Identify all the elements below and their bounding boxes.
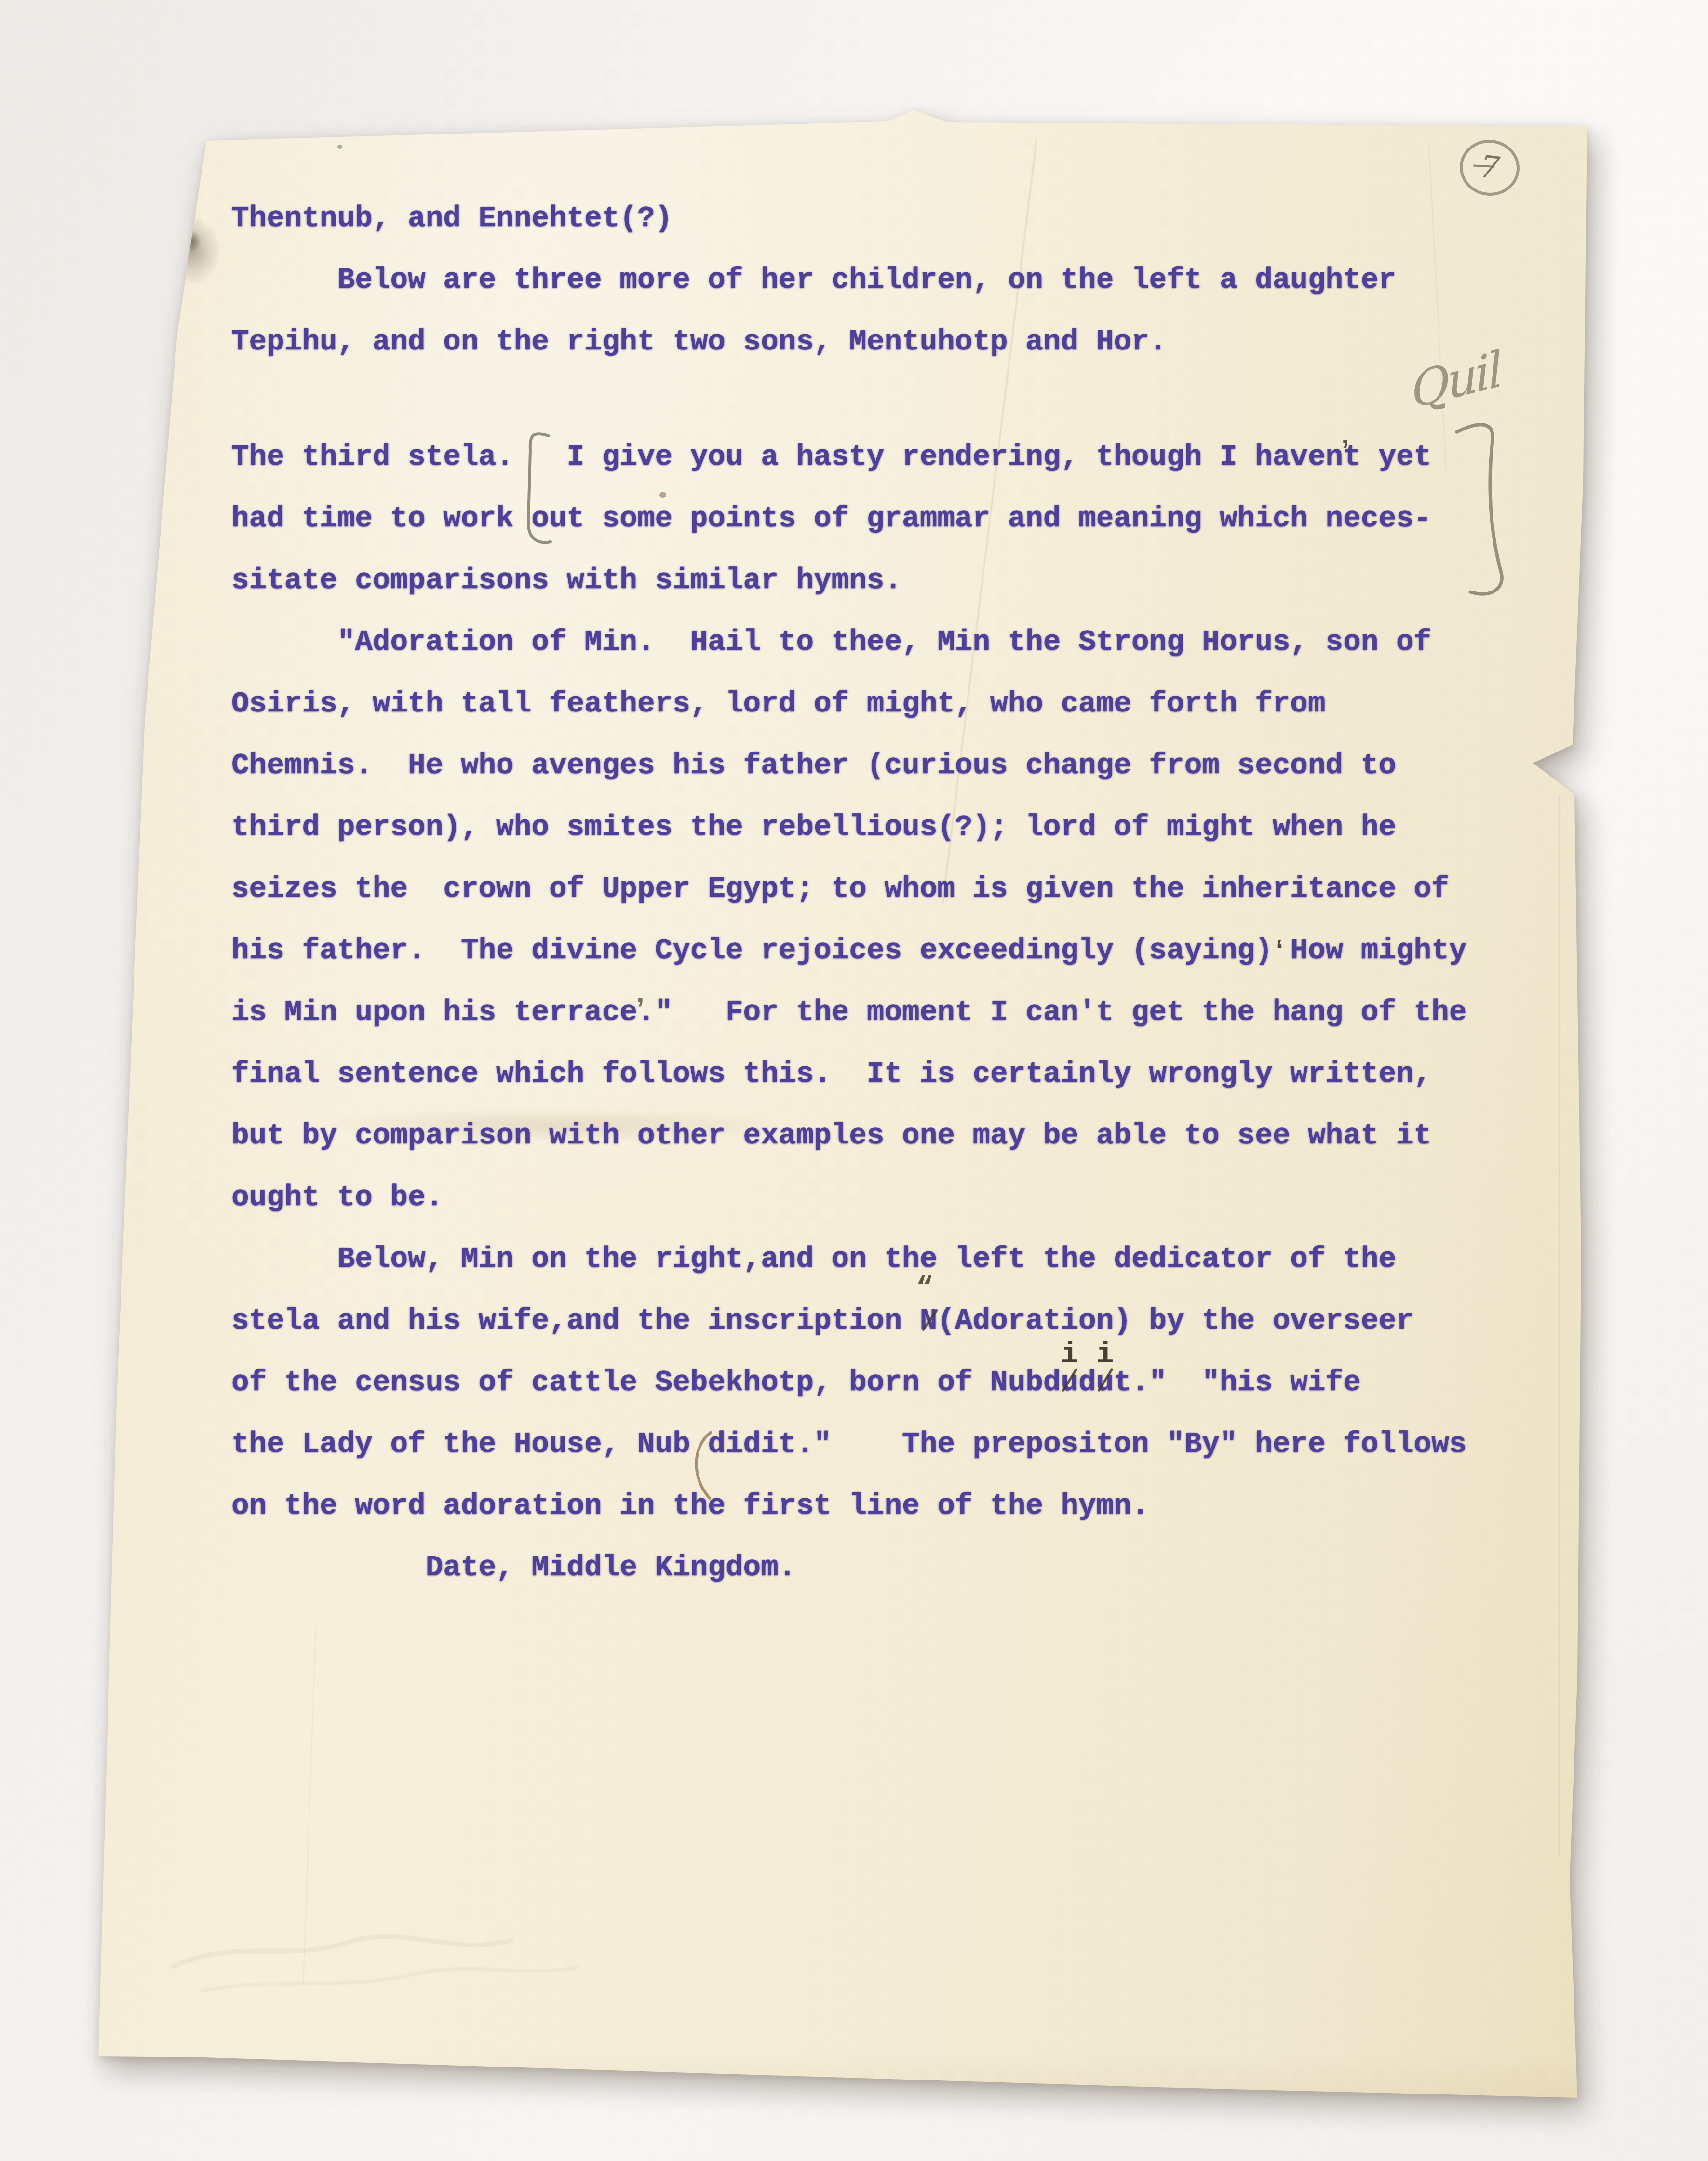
pencil-close-bracket: [1450, 416, 1561, 608]
paper-speck: [337, 145, 342, 149]
corrected-letter: ui: [1061, 1364, 1078, 1402]
page-number-circle: 7: [1456, 136, 1522, 199]
typed-line: the Lady of the House, Nub didit." The p…: [231, 1426, 1466, 1469]
paper-crease: [1558, 795, 1561, 1856]
typed-line: The third stela. I give you a hasty rend…: [231, 439, 1431, 482]
typed-segment: the Lady of the House, Nub: [231, 1428, 690, 1461]
typed-line: Below are three more of her children, on…: [231, 262, 1396, 305]
pencil-double-quote: “: [916, 1271, 934, 1308]
ink-smudge: [179, 227, 204, 255]
ink-smudge: [149, 205, 230, 293]
typed-segment: his father. The divine Cycle rejoices ex…: [231, 934, 1273, 967]
typed-line: ought to be.: [231, 1179, 443, 1222]
typed-segment: N: [920, 1304, 938, 1338]
typed-segment: How mighty: [1273, 934, 1467, 967]
paper-speck: [162, 316, 168, 322]
typed-line: Osiris, with tall feathers, lord of migh…: [231, 685, 1326, 729]
typed-line: had time to work out some points of gram…: [231, 500, 1431, 544]
pencil-apostrophe: ʼ: [1336, 434, 1354, 471]
typed-line: Chemnis. He who avenges his father (curi…: [231, 747, 1396, 791]
typed-line: is Min upon his terraceʼ." For the momen…: [231, 994, 1466, 1037]
verso-ink-bleedthrough: [145, 1894, 603, 2010]
typed-segment: of the census of cattle Sebekhotp, born …: [231, 1366, 1061, 1399]
paper-shadow-wrap: 7 Quil Thentnub, and Ennehtet(?) Below a…: [0, 0, 1708, 2161]
typed-line: of the census of cattle Sebekhotp, born …: [231, 1364, 1361, 1408]
struck-out-character: N“: [920, 1302, 938, 1340]
typed-line: Date, Middle Kingdom.: [231, 1549, 796, 1593]
pencil-letter-i: i: [1061, 1336, 1078, 1374]
typed-line: third person), who smites the rebellious…: [231, 809, 1396, 852]
typed-segment: (Adoration) by the overseer: [937, 1304, 1413, 1338]
typed-line: final sentence which follows this. It is…: [231, 1056, 1431, 1099]
typed-line: "Adoration of Min. Hail to thee, Min the…: [231, 624, 1431, 667]
typed-line: sitate comparisons with similar hymns.: [231, 562, 902, 605]
typed-line: on the word adoration in the first line …: [231, 1488, 1149, 1531]
scanned-letter-photo: { "document": { "kind_note": "typewritte…: [0, 0, 1708, 2161]
pencil-letter-i: i: [1096, 1336, 1114, 1374]
letter-page: 7 Quil Thentnub, and Ennehtet(?) Below a…: [0, 0, 1708, 2161]
typed-line: his father. The divine Cycle rejoices ex…: [231, 932, 1466, 976]
typed-segment: t." "his wife: [1114, 1366, 1360, 1399]
typed-line: seizes the crown of Upper Egypt; to whom…: [231, 871, 1449, 914]
pencil-open-quote: ʻ: [1271, 934, 1289, 972]
typed-line: Tepihu, and on the right two sons, Mentu…: [231, 323, 1167, 367]
paper-speck: [659, 492, 666, 498]
typed-segment: The third stela. I give you a hasty rend…: [231, 441, 1343, 474]
paper-crease: [1428, 145, 1447, 472]
corrected-letter: ui: [1096, 1364, 1114, 1402]
typed-segment: is Min upon his terrace: [231, 996, 637, 1029]
typed-line: Thentnub, and Ennehtet(?): [231, 200, 672, 243]
typed-segment: ." For the moment I can't get the hang o…: [637, 996, 1466, 1029]
page-number: 7: [1478, 149, 1501, 187]
typed-segment: stela and his wife,and the inscription: [231, 1304, 920, 1338]
typed-segment: d: [1078, 1366, 1096, 1399]
typed-line: stela and his wife,and the inscription N…: [231, 1302, 1414, 1346]
typed-segment: didit." The prepositon "By" here follows: [708, 1428, 1466, 1461]
handwritten-annotation: Quil: [1410, 340, 1503, 420]
typed-line: but by comparison with other examples on…: [231, 1117, 1431, 1161]
typed-line: Below, Min on the right,and on the left …: [231, 1241, 1396, 1284]
pencil-apostrophe: ʼ: [632, 992, 649, 1030]
typed-segment: t yet: [1343, 441, 1431, 474]
